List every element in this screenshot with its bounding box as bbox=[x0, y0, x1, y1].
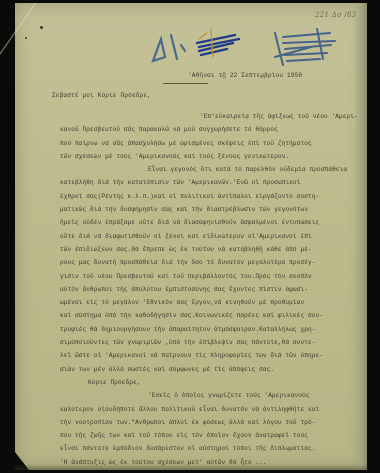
date-underline bbox=[163, 83, 208, 84]
body-line: τροφιές θά δημιουργήσουν τήν ἀπαραίτητον… bbox=[60, 323, 360, 336]
body-line: 'Εσεῖς ὁ ὁποῖος γνωρίζετε τούς 'Αμερικαν… bbox=[60, 389, 360, 402]
fold-crease bbox=[0, 3, 36, 61]
body-line: τῶν σχέσεών μέ τούς 'Αμερικανούς καί τού… bbox=[60, 150, 360, 163]
body-line: σιμοποιοῦντες τῶν γνωριμιῶν ,ὑπό τήν ἐπί… bbox=[60, 336, 360, 349]
ink-speck bbox=[25, 37, 27, 39]
body-line: 'Η ἀνάπτυξις ὡς ἐκ τούτου σχέσεων μετ' α… bbox=[60, 456, 360, 469]
body-line: Εἶναι γεγονός ὅτι κατά τό παρελθόν οὐδεμ… bbox=[60, 163, 360, 176]
body-line: σιῶν των μέν ἀλλά σωστές καί σύμφωνες μέ… bbox=[60, 363, 360, 376]
body-line: 'Επ'εὐκαιρείᾳ τῆς ἀφίξεως τοῦ νέου 'Αμερ… bbox=[60, 110, 360, 123]
body-line: καλύτερον οἱουδήποτε ἄλλου πολιτικοῦ εἶν… bbox=[60, 403, 360, 416]
handwritten-letters-icon bbox=[153, 35, 185, 61]
letter-body: 'Επ'εὐκαιρείᾳ τῆς ἀφίξεως τοῦ νέου 'Αμερ… bbox=[60, 110, 360, 469]
body-line: λεῖ ὥστε οἱ 'Αμερικανοί νά παίρνουν τίς … bbox=[60, 349, 360, 362]
body-line: ρους μας δυνατή προσπάθεια διά τήν ὅσο τ… bbox=[60, 256, 360, 269]
body-line: που τῆς ζωῆς των καί τοῦ τόπου εἰς τόν ὁ… bbox=[60, 429, 360, 442]
body-line: τῶν ἐπιδιώξεών σας.Θά ἔπρεπε ὡς ἐκ τούτο… bbox=[60, 243, 360, 256]
body-line: ωμένοι εἰς τό μεγάλον 'Εθνικόν σας ἔργον… bbox=[60, 296, 360, 309]
crossed-out-scribble-icon bbox=[275, 29, 335, 65]
archive-reference-number: 221 Δο /83 bbox=[315, 11, 356, 19]
scanned-document: 221 Δο /83 bbox=[0, 0, 380, 473]
letter-date: 'Αθῆναι τῇ 22 Σεπτεμβρίου 1950 bbox=[188, 72, 302, 79]
ink-speck bbox=[40, 26, 43, 29]
crossed-out-scribble-icon bbox=[197, 29, 239, 57]
crayon-scribble-marks bbox=[135, 21, 355, 71]
body-line: οὔτε διά νά διαφωτισθοῦν οἱ ξένοι καί εἰ… bbox=[60, 230, 360, 243]
second-salutation: Κύριε Πρόεδρε, bbox=[60, 376, 360, 389]
body-line: κατεβλήθη διά τήν κατατόπισιν τῶν 'Αμερι… bbox=[60, 176, 360, 189]
body-line: γισιν τοῦ νέου Πρεσβευτοῦ καί τοῦ περιβά… bbox=[60, 270, 360, 283]
body-line: εἶναι πάντοτε ἐμπόδιον δυσάρεστον οἱ αὐσ… bbox=[60, 442, 360, 455]
body-line: ἡμεῖς οὐδέν ἐπράξαμε οὔτε διά νά διασαφη… bbox=[60, 216, 360, 229]
body-line: καί σύστημα ὑπό τήν καθοδήγησίν σας.Κοιν… bbox=[60, 309, 360, 322]
body-line: ματικῶς διά τήν δυσφήμησίν σας καί τήν δ… bbox=[60, 203, 360, 216]
body-line: πού παίρνω νά σᾶς ἀπασχολήσω μέ ὡρισμένε… bbox=[60, 137, 360, 150]
body-line: αὐτόν ἄνθρωποι τῆς ἀπολύτου ἐμπιστοσύνης… bbox=[60, 283, 360, 296]
body-line: τήν νοοτροπίαν των."Ανθρωποι ἁπλοί ἐκ φύ… bbox=[60, 416, 360, 429]
salutation: Σεβαστέ μοι Κύριε Πρόεδρε, bbox=[52, 92, 151, 99]
body-line: ἐχθροί σας(Ρέντης κ.λ.π.)καί οἱ πολιτικο… bbox=[60, 190, 360, 203]
body-line: κανοῦ Πρεσβευτοῦ σᾶς παρακαλῶ νά μοῦ συγ… bbox=[60, 123, 360, 136]
